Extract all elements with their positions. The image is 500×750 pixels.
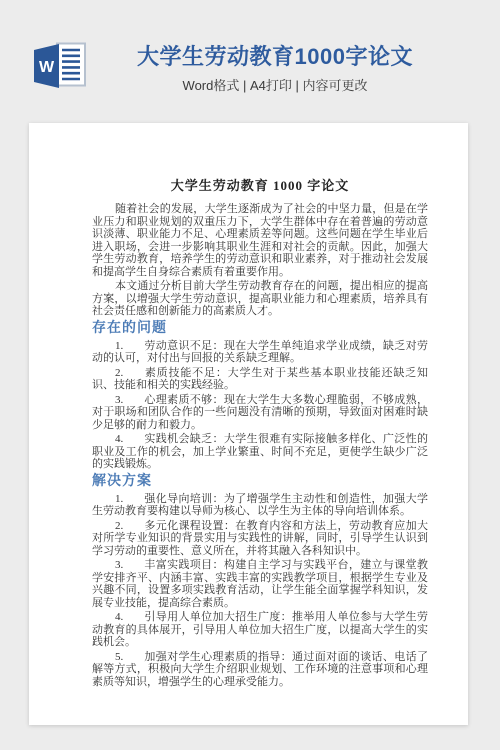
- intro-paragraph: 本文通过分析目前大学生劳动教育存在的问题，提出相应的提高方案，以增强大学生劳动意…: [92, 280, 428, 318]
- list-item: 3.丰富实践项目：构建自主学习与实践平台，建立与课堂教学安排齐平、内涵丰富、实践…: [92, 559, 428, 609]
- list-item: 2.素质技能不足：大学生对于某些基本职业技能还缺乏知识、技能和相关的实践经验。: [92, 367, 428, 392]
- list-item-number: 1.: [115, 493, 144, 506]
- header: W 大学生劳动教育1000字论文 Word格式 | A4打印 | 内容可更改: [0, 0, 500, 122]
- list-item-number: 4.: [115, 611, 144, 624]
- list-item-number: 3.: [115, 394, 144, 407]
- list-item-number: 1.: [115, 340, 144, 353]
- list-item-number: 2.: [115, 367, 144, 380]
- section-solutions: 解决方案 1.强化导向培训：为了增强学生主动性和创造性，加强大学生劳动教育要构建…: [92, 473, 428, 689]
- section-heading-problems: 存在的问题: [92, 320, 428, 337]
- page-subtitle: Word格式 | A4打印 | 内容可更改: [50, 78, 500, 93]
- page-title: 大学生劳动教育1000字论文: [50, 44, 500, 70]
- list-item: 5.加强对学生心理素质的指导：通过面对面的谈话、电话了解等方式，积极向大学生介绍…: [92, 651, 428, 689]
- list-item: 4.实践机会缺乏：大学生很难有实际接触多样化、广泛性的职业及工作的机会，加上学业…: [92, 433, 428, 471]
- list-item: 1.劳动意识不足：现在大学生单纯追求学业成绩，缺乏对劳动的认可，对付出与回报的关…: [92, 340, 428, 365]
- intro-paragraph: 随着社会的发展，大学生逐渐成为了社会的中坚力量，但是在学业压力和职业规划的双重压…: [92, 203, 428, 278]
- list-item-number: 3.: [115, 559, 144, 572]
- list-item-number: 4.: [115, 433, 144, 446]
- list-item-number: 2.: [115, 520, 144, 533]
- list-item: 3.心理素质不够：现在大学生大多数心理脆弱，不够成熟，对于职场和团队合作的一些问…: [92, 394, 428, 432]
- list-item: 4.引导用人单位加大招生广度：推举用人单位参与大学生劳动教育的具体展开，引导用人…: [92, 611, 428, 649]
- document-page: 大学生劳动教育 1000 字论文 随着社会的发展，大学生逐渐成为了社会的中坚力量…: [29, 123, 468, 725]
- section-heading-solutions: 解决方案: [92, 473, 428, 490]
- document-heading: 大学生劳动教育 1000 字论文: [92, 178, 428, 194]
- header-text: 大学生劳动教育1000字论文 Word格式 | A4打印 | 内容可更改: [50, 44, 500, 93]
- list-item: 1.强化导向培训：为了增强学生主动性和创造性，加强大学生劳动教育要构建以导师为核…: [92, 493, 428, 518]
- list-item: 2.多元化课程设置：在教育内容和方法上，劳动教育应加大对所学专业知识的背景实用与…: [92, 520, 428, 558]
- section-problems: 存在的问题 1.劳动意识不足：现在大学生单纯追求学业成绩，缺乏对劳动的认可，对付…: [92, 320, 428, 471]
- list-item-number: 5.: [115, 651, 144, 664]
